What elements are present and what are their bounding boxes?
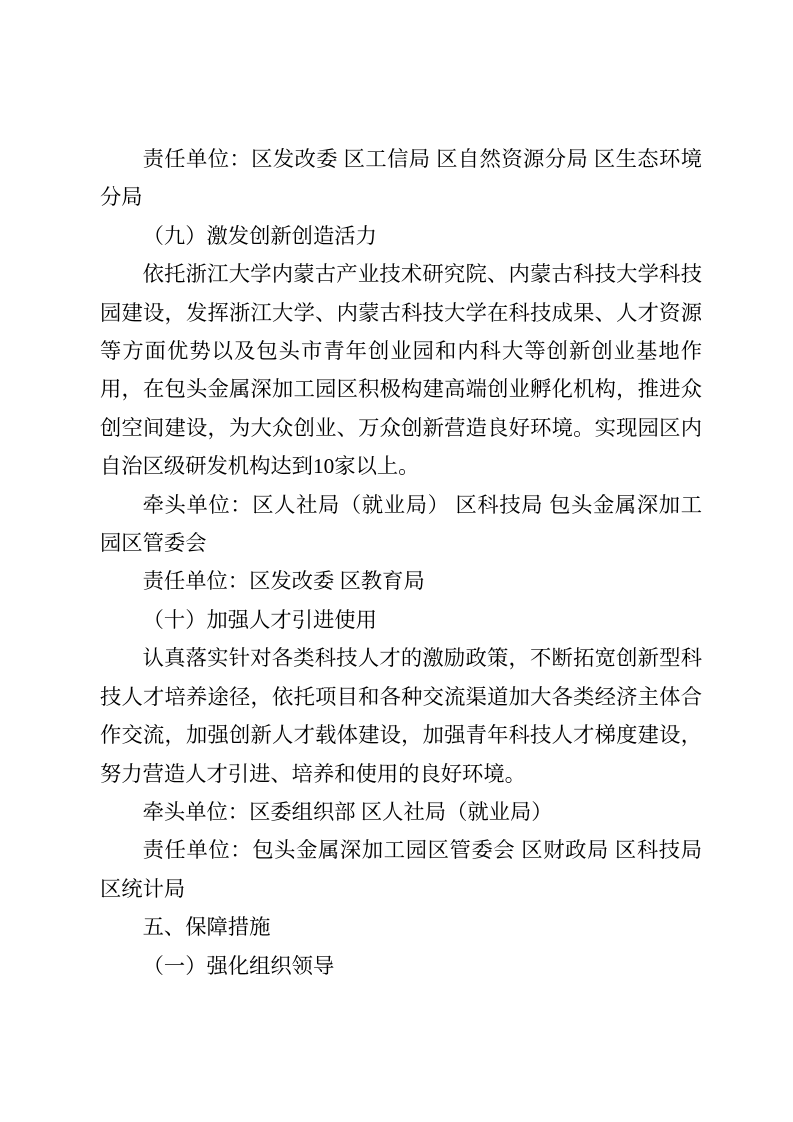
section-heading: （一）强化组织领导 — [100, 947, 702, 985]
paragraph: 责任单位：包头金属深加工园区管委会 区财政局 区科技局 区统计局 — [100, 831, 702, 908]
document-content: 责任单位：区发改委 区工信局 区自然资源分局 区生态环境分局（九）激发创新创造活… — [100, 140, 702, 985]
paragraph: 责任单位：区发改委 区工信局 区自然资源分局 区生态环境分局 — [100, 140, 702, 217]
section-heading: 五、保障措施 — [100, 908, 702, 946]
paragraph: 责任单位：区发改委 区教育局 — [100, 562, 702, 600]
document-page: 责任单位：区发改委 区工信局 区自然资源分局 区生态环境分局（九）激发创新创造活… — [0, 0, 793, 1122]
section-heading: （十）加强人才引进使用 — [100, 601, 702, 639]
paragraph: 牵头单位：区人社局（就业局） 区科技局 包头金属深加工园区管委会 — [100, 486, 702, 563]
paragraph: 认真落实针对各类科技人才的激励政策，不断拓宽创新型科技人才培养途径，依托项目和各… — [100, 639, 702, 793]
section-heading: （九）激发创新创造活力 — [100, 217, 702, 255]
paragraph: 牵头单位：区委组织部 区人社局（就业局） — [100, 793, 702, 831]
paragraph: 依托浙江大学内蒙古产业技术研究院、内蒙古科技大学科技园建设，发挥浙江大学、内蒙古… — [100, 255, 702, 485]
